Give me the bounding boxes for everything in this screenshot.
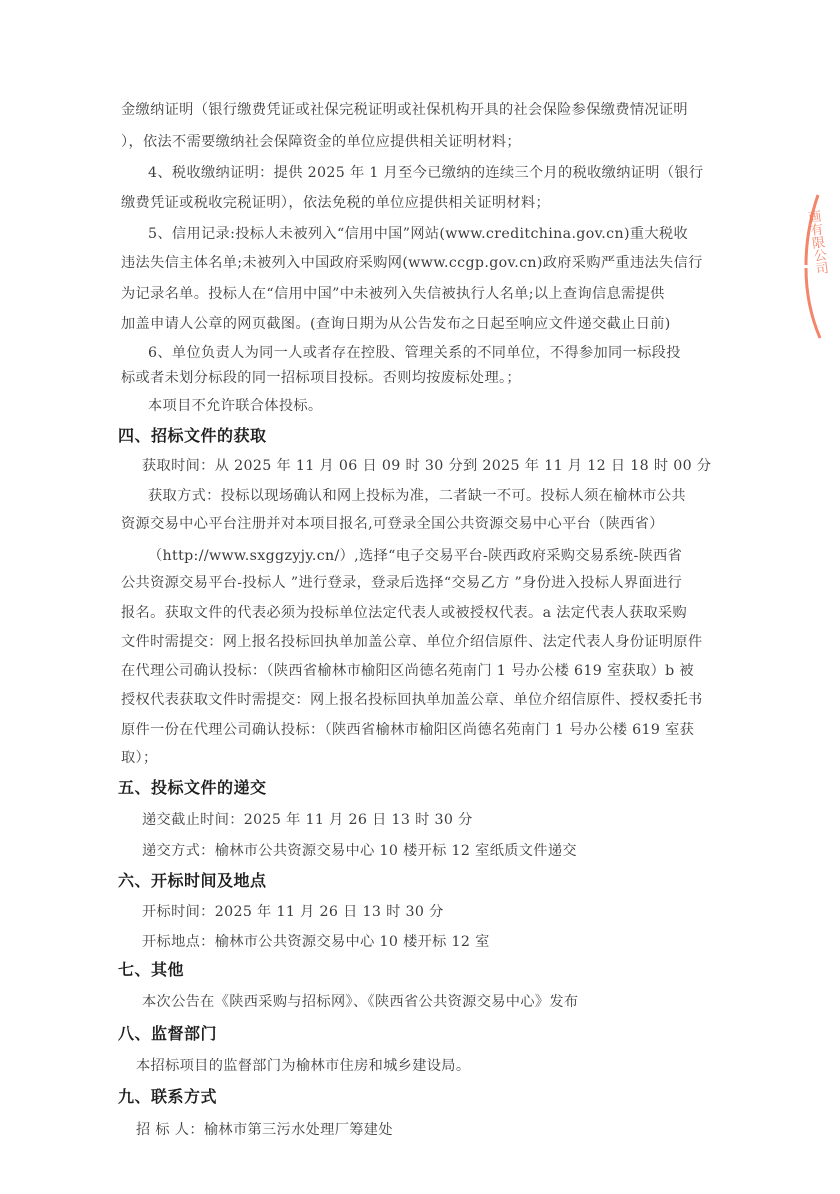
- document-page: 金缴纳证明（银行缴费凭证或社保完税证明或社保机构开具的社会保险参保缴费情况证明 …: [0, 0, 840, 1194]
- text-line: 金缴纳证明（银行缴费凭证或社保完税证明或社保机构开具的社会保险参保缴费情况证明: [121, 100, 688, 120]
- text-line: 资源交易中心平台注册并对本项目报名,可登录全国公共资源交易中心平台（陕西省）: [121, 514, 664, 534]
- text-line: 原件一份在代理公司确认投标：（陕西省榆林市榆阳区尚德名苑南门 1 号办公楼 61…: [121, 720, 694, 740]
- text-line: 获取方式：投标以现场确认和网上投标为准，二者缺一不可。投标人须在榆林市公共: [148, 486, 686, 506]
- text-line: 加盖申请人公章的网页截图。(查询日期为从公告发布之日起至响应文件递交截止日前): [121, 314, 671, 334]
- text-line: 在代理公司确认投标：（陕西省榆林市榆阳区尚德名苑南门 1 号办公楼 619 室获…: [121, 661, 694, 681]
- text-line: 5、信用记录:投标人未被列入“信用中国”网站(www.creditchina.g…: [148, 224, 688, 244]
- section-heading: 五、投标文件的递交: [118, 777, 267, 799]
- section-heading: 七、其他: [118, 959, 184, 981]
- section-heading: 八、监督部门: [118, 1023, 217, 1045]
- text-line: 标或者未划分标段的同一招标项目投标。否则均按废标处理。；: [121, 368, 521, 388]
- text-line: 文件时需提交：网上报名投标回执单加盖公章、单位介绍信原件、法定代表人身份证明原件: [121, 632, 703, 652]
- text-line: 公共资源交易平台-投标人 ”进行登录，登录后选择“交易乙方 ”身份进入投标人界面…: [121, 573, 682, 593]
- text-line: 开标地点：榆林市公共资源交易中心 10 楼开标 12 室: [142, 932, 490, 952]
- text-line: 6、单位负责人为同一人或者存在控股、管理关系的不同单位，不得参加同一标段投: [148, 343, 681, 363]
- text-line: 开标时间：2025 年 11 月 26 日 13 时 30 分: [142, 902, 444, 922]
- text-line: 授权代表获取文件时需提交：网上报名投标回执单加盖公章、单位介绍信原件、授权委托书: [121, 690, 703, 710]
- text-line: 缴费凭证或税收完税证明），依法免税的单位应提供相关证明材料；: [121, 193, 550, 213]
- text-line: 取）；: [121, 748, 158, 768]
- section-heading: 九、联系方式: [118, 1086, 217, 1108]
- text-line: 本项目不允许联合体投标。: [148, 396, 322, 416]
- text-line: 违法失信主体名单;未被列入中国政府采购网(www.ccgp.gov.cn)政府采…: [121, 253, 703, 273]
- text-line: 递交截止时间：2025 年 11 月 26 日 13 时 30 分: [142, 810, 473, 830]
- text-line: 招 标 人：榆林市第三污水处理厂筹建处: [136, 1120, 393, 1140]
- section-heading: 四、招标文件的获取: [118, 425, 267, 447]
- text-line: 获取时间：从 2025 年 11 月 06 日 09 时 30 分到 2025 …: [142, 456, 711, 476]
- section-heading: 六、开标时间及地点: [118, 870, 267, 892]
- text-line: 递交方式：榆林市公共资源交易中心 10 楼开标 12 室纸质文件递交: [142, 841, 577, 861]
- text-line: （http://www.sxggzyjy.cn/）,选择“电子交易平台-陕西政府…: [148, 546, 682, 566]
- text-line: 4、税收缴纳证明：提供 2025 年 1 月至今已缴纳的连续三个月的税收缴纳证明…: [148, 163, 703, 183]
- text-line: ），依法不需要缴纳社会保障资金的单位应提供相关证明材料；: [121, 132, 521, 152]
- text-line: 本次公告在《陕西采购与招标网》、《陕西省公共资源交易中心》发布: [142, 992, 578, 1012]
- text-line: 为记录名单。投标人在“信用中国”中未被列入失信被执行人名单;以上查询信息需提供: [121, 284, 665, 304]
- text-line: 报名。获取文件的代表必须为投标单位法定代表人或被授权代表。a 法定代表人获取采购: [121, 603, 687, 623]
- text-line: 本招标项目的监督部门为榆林市住房和城乡建设局。: [136, 1056, 470, 1076]
